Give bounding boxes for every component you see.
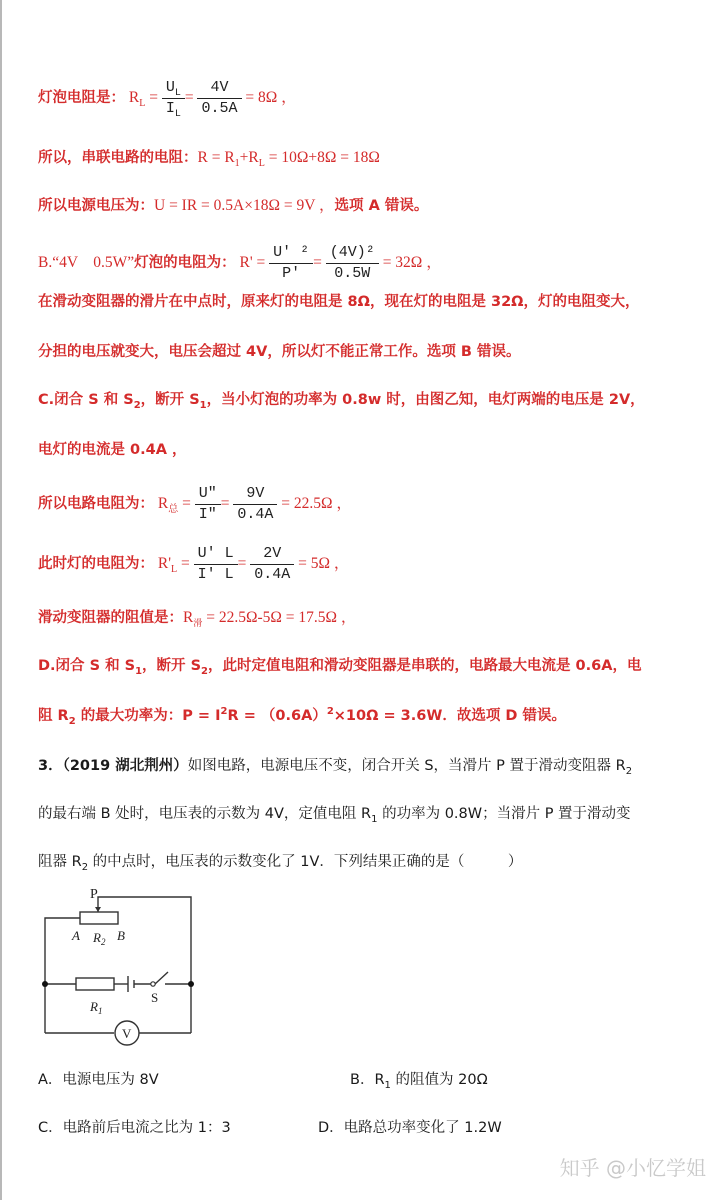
label: 滑动变阻器的阻值是：	[38, 610, 183, 626]
fraction-2v-04a: 2V0.4A	[250, 544, 294, 585]
lhs: R总 =	[158, 495, 191, 512]
solution-line-option-c: C.闭合 S 和 S2，断开 S1，当小灯泡的功率为 0.8w 时，由图乙知，电…	[38, 390, 645, 410]
question-line-3: 阻器 R2 的中点时，电压表的示数变化了 1V．下列结果正确的是（ ）	[38, 852, 522, 872]
fraction-ul-il-prime: U′ LI′ L	[194, 544, 238, 585]
prefix: B.“4V 0.5W”	[38, 254, 134, 271]
result: = 5Ω ，	[298, 555, 349, 572]
solution-line-option-d: D.闭合 S 和 S1，断开 S2，此时定值电阻和滑动变阻器是串联的，电路最大电…	[38, 656, 641, 676]
option-c[interactable]: C．电路前后电流之比为 1：3	[38, 1118, 231, 1138]
solution-line-midpoint: 在滑动变阻器的滑片在中点时，原来灯的电阻是 8Ω，现在灯的电阻是 32Ω，灯的电…	[38, 292, 640, 312]
watermark: 知乎 @小忆学姐	[560, 1152, 706, 1181]
expression: R = R1+RL = 10Ω+8Ω = 18Ω	[198, 149, 380, 166]
question-line-1: 3．（2019 湖北荆州）如图电路，电源电压不变，闭合开关 S，当滑片 P 置于…	[38, 756, 632, 776]
fraction-u-i: U″I″	[195, 484, 221, 525]
result: = 8Ω ，	[245, 89, 296, 106]
solution-line-bulb-resistance: 灯泡电阻是： RL = ULIL= 4V0.5A = 8Ω ，	[38, 78, 297, 119]
fraction-9v-04a: 9V0.4A	[233, 484, 277, 525]
label: 灯泡电阻是：	[38, 90, 125, 106]
circuit-diagram: P A R2 B R1 S V	[20, 880, 220, 1050]
label: 此时灯的电阻为：	[38, 556, 154, 572]
fraction-u2-p: U′ ²P′	[269, 243, 313, 284]
label-a: A	[71, 928, 80, 943]
lhs: RL =	[129, 89, 158, 106]
solution-line-source-voltage: 所以电源电压为：U = IR = 0.5A×18Ω = 9V ，选项 A 错误。	[38, 196, 428, 216]
result: = 22.5Ω ，	[281, 495, 352, 512]
label: 所以电路电阻为：	[38, 496, 154, 512]
page-left-border	[0, 0, 2, 1200]
label: 所以电源电压为：	[38, 198, 154, 214]
fraction-4v2-05w: (4V)²0.5W	[326, 243, 379, 284]
lhs: R' =	[240, 254, 266, 271]
option-a[interactable]: A．电源电压为 8V	[38, 1070, 159, 1090]
expression: U = IR = 0.5A×18Ω = 9V ，	[154, 197, 335, 214]
question-source: （2019 湖北荆州）	[63, 758, 188, 774]
label-p: P	[90, 887, 98, 902]
junction-left	[42, 981, 48, 987]
label-s: S	[151, 990, 158, 1005]
solution-line-option-b-resistance: B.“4V 0.5W”灯泡的电阻为： R' = U′ ²P′= (4V)²0.5…	[38, 243, 442, 284]
result: = 32Ω ，	[383, 254, 442, 271]
option-b[interactable]: B．R1 的阻值为 20Ω	[350, 1070, 488, 1090]
slider-arrow-icon	[95, 907, 101, 912]
junction-right	[188, 981, 194, 987]
solution-line-series-resistance: 所以，串联电路的电阻：R = R1+RL = 10Ω+8Ω = 18Ω	[38, 148, 380, 168]
solution-line-lamp-resistance: 此时灯的电阻为： R'L = U′ LI′ L= 2V0.4A = 5Ω ，	[38, 544, 349, 585]
label: 所以，串联电路的电阻：	[38, 150, 198, 166]
solution-line-lamp-current: 电灯的电流是 0.4A ，	[38, 440, 187, 460]
lhs: R'L =	[158, 555, 190, 572]
option-d[interactable]: D．电路总功率变化了 1.2W	[318, 1118, 502, 1138]
label: 灯泡的电阻为：	[134, 255, 236, 271]
question-number: 3．	[38, 758, 63, 774]
voltmeter-icon: V	[122, 1026, 132, 1041]
solution-line-option-b-conclusion: 分担的电压就变大，电压会超过 4V，所以灯不能正常工作。选项 B 错误。	[38, 342, 521, 362]
switch-contact	[151, 982, 155, 986]
label-r1: R1	[89, 999, 102, 1016]
conclusion: 选项 A 错误。	[335, 198, 429, 214]
label-r2: R2	[92, 930, 106, 947]
question-line-2: 的最右端 B 处时，电压表的示数为 4V，定值电阻 R1 的功率为 0.8W；当…	[38, 804, 631, 824]
solution-line-total-resistance: 所以电路电阻为： R总 = U″I″= 9V0.4A = 22.5Ω ，	[38, 484, 352, 525]
fraction-ul-il: ULIL	[162, 78, 185, 119]
label-b: B	[117, 928, 125, 943]
solution-line-rheostat-value: 滑动变阻器的阻值是：R滑 = 22.5Ω-5Ω = 17.5Ω ，	[38, 608, 356, 628]
solution-line-option-d-power: 阻 R2 的最大功率为：P = I2R = （0.6A）2×10Ω = 3.6W…	[38, 706, 566, 726]
fraction-4v-05a: 4V0.5A	[197, 78, 241, 119]
